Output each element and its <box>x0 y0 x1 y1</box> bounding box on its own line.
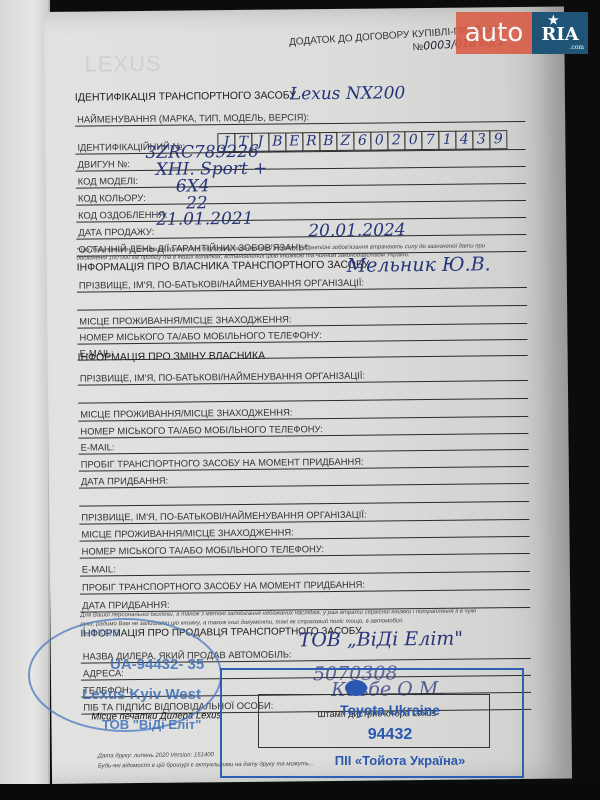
vin-char: E <box>285 132 303 151</box>
vin-char: B <box>268 132 286 151</box>
stamp-brand: Lexus <box>82 624 120 639</box>
background-dark <box>0 784 600 800</box>
stamp-code: UA-94432- 35 <box>110 656 204 673</box>
owner-name-value: Мельник Ю.В. <box>347 253 491 277</box>
ghost-print: LEXUS <box>84 51 161 78</box>
field-label: НАЙМЕНУВАННЯ (МАРКА, ТИП, МОДЕЛЬ, ВЕРСІЯ… <box>77 111 309 124</box>
stamp-distributor-company: ПІІ «Тойота Україна» <box>300 753 500 768</box>
field-label: ДВИГУН №: <box>78 158 131 170</box>
vehicle-name-value: Lexus NX200 <box>290 83 406 104</box>
watermark-domain: .com <box>569 44 584 52</box>
stamp-distributor-code: 94432 <box>300 726 480 744</box>
vin-char: B <box>319 132 337 151</box>
watermark-auto: auto <box>456 12 532 54</box>
field-label: ДАТА ПРИДБАННЯ: <box>81 475 168 487</box>
field-label: ДАТА ПРИДБАННЯ: <box>82 599 169 611</box>
vin-char: 0 <box>370 131 388 150</box>
print-date: Дата друку: липень 2020 Version: 151400 <box>98 752 214 759</box>
field-label: КОД КОЛЬОРУ: <box>78 192 146 204</box>
watermark-ria-text: RIA <box>541 24 578 45</box>
toyota-logo-icon <box>345 680 367 696</box>
field-label: E-MAIL: <box>81 441 115 452</box>
vin-char: 6 <box>353 132 371 151</box>
vin-char: 0 <box>404 131 422 150</box>
sale-date-value: 21.01.2021 <box>156 209 254 230</box>
model-code-value: XHI. Sport + <box>156 159 268 180</box>
vin-char: 1 <box>438 131 456 150</box>
vin-char: 3 <box>472 130 490 149</box>
vin-char: 9 <box>489 130 507 149</box>
number-prefix: № <box>412 42 423 54</box>
stamp-distributor-name: Toyota Ukraine <box>300 702 480 718</box>
vin-char: Z <box>336 132 354 151</box>
autoria-watermark: auto ★ RIA .com <box>456 12 588 54</box>
vin-char: R <box>302 132 320 151</box>
field-name: НАЙМЕНУВАННЯ (МАРКА, ТИП, МОДЕЛЬ, ВЕРСІЯ… <box>75 103 525 127</box>
warranty-end-value: 20.01.2024 <box>308 220 406 241</box>
stamp-dealer-name: Lexus Kyiv West <box>82 686 201 703</box>
vin-char: 2 <box>387 131 405 150</box>
field-label: E-MAIL: <box>82 563 116 574</box>
field-label: КОД МОДЕЛІ: <box>78 175 138 187</box>
dealer-name-value: ТОВ „ВіДі Еліт" <box>298 628 463 652</box>
identification-title: ІДЕНТИФІКАЦІЯ ТРАНСПОРТНОГО ЗАСОБУ <box>75 89 296 103</box>
vin-char: 7 <box>421 131 439 150</box>
vin-char: 4 <box>455 131 473 150</box>
watermark-ria: ★ RIA .com <box>532 12 588 54</box>
stamp-company: ТОВ "ВіДі Еліт" <box>102 717 201 732</box>
dealer-round-stamp <box>28 618 222 732</box>
star-icon: ★ <box>548 14 559 26</box>
field-label: ДАТА ПРОДАЖУ: <box>78 226 154 238</box>
change-owner-title: ІНФОРМАЦІЯ ПРО ЗМІНУ ВЛАСНИКА <box>78 350 266 364</box>
